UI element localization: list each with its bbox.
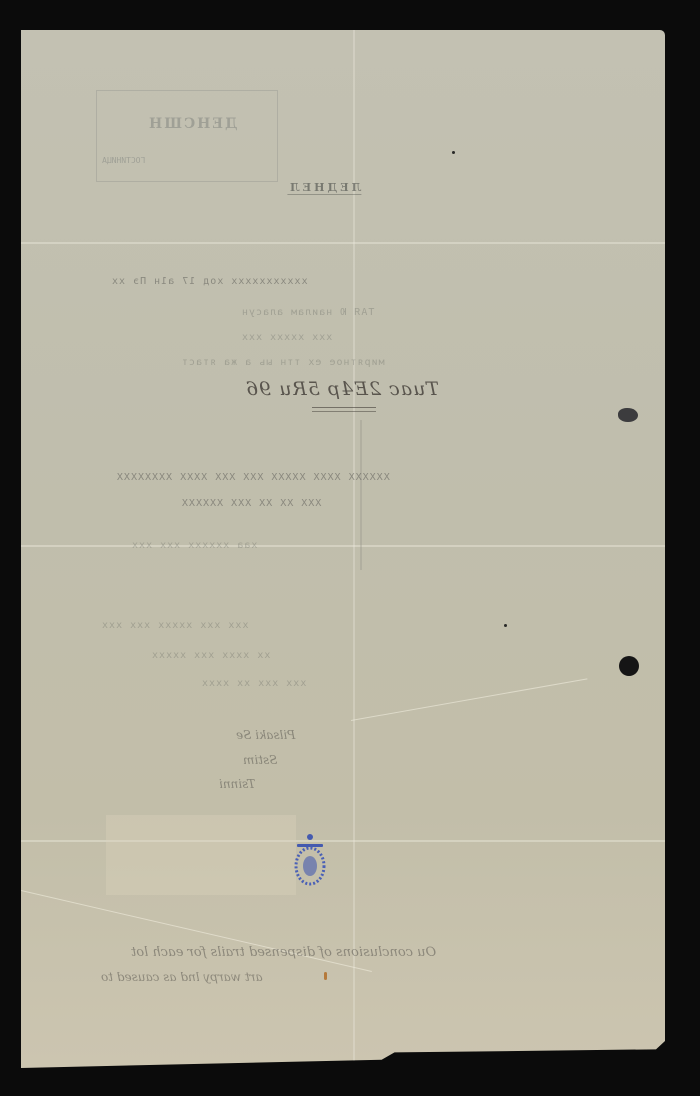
signature-line: Tsinni	[219, 777, 255, 791]
letterhead-stamp-bleed: ДЕНСШН ГОСТИНИЦА	[96, 90, 278, 182]
bleed-line: XXXXXX XXXX XXXXX XXX XXX XXXX XXXXXXXX	[116, 472, 390, 483]
punch-hole	[618, 408, 638, 422]
rust-mark	[324, 972, 327, 980]
punch-hole	[619, 656, 639, 676]
document-page: ДЕНСШН ГОСТИНИЦА ЛЕДНЕЛ ххххххххххх ход …	[21, 30, 665, 1068]
document-title-mirrored: ЛЕДНЕЛ	[287, 181, 361, 195]
bottom-handwriting-line: art warpy lnd as caused to	[101, 970, 263, 984]
date-underline	[312, 407, 376, 412]
bleed-line: ххххххххххх ход 17 а1н Пэ хх	[111, 276, 308, 287]
bleed-line: ххх ххх ххххх ххх ххх	[101, 620, 248, 631]
bleed-stroke	[360, 420, 362, 570]
bleed-line: ТАЯ Ю наилам аласун	[241, 307, 374, 318]
bleed-line: хх хххх ххх ххххх	[151, 650, 270, 661]
bleed-line: мирятное ех ттн ыь а жа ятаст	[181, 357, 385, 368]
signature-line: Pilsaki Se	[236, 728, 295, 742]
bleed-line: ххх ххххх ххх	[241, 332, 332, 343]
bleed-line: ххх ххх хх хххх	[201, 678, 306, 689]
bottom-handwriting-line: Ou conclusions of dispensed trails for e…	[131, 945, 436, 960]
signature-line: Sstim	[243, 753, 277, 767]
stamp-line-2: ГОСТИНИЦА	[102, 156, 145, 165]
paper-patch	[106, 815, 296, 895]
horizontal-fold-line	[21, 242, 665, 244]
horizontal-fold-line	[21, 545, 665, 547]
bleed-line: XXX XX XX XXX XXXXXX	[181, 498, 321, 509]
handwritten-date: Tuac 2E4p 5Ru 96	[245, 378, 439, 400]
stamp-line-1: ДЕНСШН	[147, 116, 237, 132]
paper-crease	[351, 678, 588, 721]
speck	[504, 624, 507, 627]
speck	[452, 151, 455, 154]
blue-ink-stamp	[293, 830, 327, 888]
bleed-line: хаа хххххх ххх ххх	[131, 540, 257, 551]
